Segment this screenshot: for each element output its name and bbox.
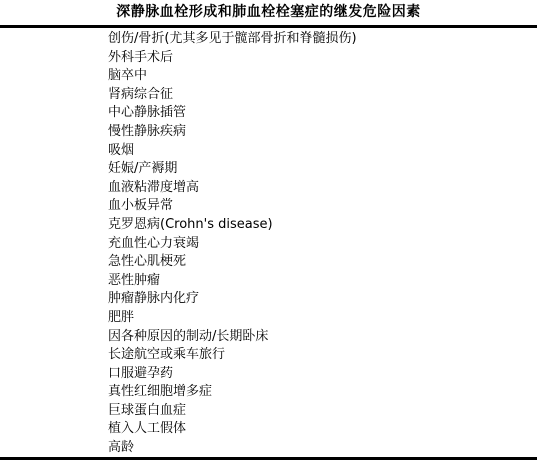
table-row: 充血性心力衰竭 — [0, 235, 537, 254]
table-row: 植入人工假体 — [0, 420, 537, 439]
table-row: 急性心肌梗死 — [0, 253, 537, 272]
table-row: 巨球蛋白血症 — [0, 402, 537, 421]
risk-factor-table: 深静脉血栓形成和肺血栓栓塞症的继发危险因素 创伤/骨折(尤其多见于髋部骨折和脊髓… — [0, 0, 537, 462]
table-row: 血小板异常 — [0, 197, 537, 216]
table-row: 克罗恩病(Crohn's disease) — [0, 216, 537, 235]
table-row: 创伤/骨折(尤其多见于髋部骨折和脊髓损伤) — [0, 30, 537, 49]
table-row: 脑卒中 — [0, 67, 537, 86]
table-row: 恶性肿瘤 — [0, 272, 537, 291]
table-body: 创伤/骨折(尤其多见于髋部骨折和脊髓损伤)外科手术后脑卒中肾病综合征中心静脉插管… — [0, 28, 537, 457]
table-row: 血液粘滞度增高 — [0, 179, 537, 198]
table-row: 肿瘤静脉内化疗 — [0, 290, 537, 309]
table-row: 中心静脉插管 — [0, 104, 537, 123]
table-row: 肥胖 — [0, 309, 537, 328]
table-row: 因各种原因的制动/长期卧床 — [0, 328, 537, 347]
table-row: 吸烟 — [0, 142, 537, 161]
table-row: 真性红细胞增多症 — [0, 383, 537, 402]
table-row: 长途航空或乘车旅行 — [0, 346, 537, 365]
bottom-rule — [0, 457, 537, 460]
table-row: 肾病综合征 — [0, 86, 537, 105]
table-row: 口服避孕药 — [0, 365, 537, 384]
table-row: 慢性静脉疾病 — [0, 123, 537, 142]
table-title: 深静脉血栓形成和肺血栓栓塞症的继发危险因素 — [0, 0, 537, 25]
table-row: 外科手术后 — [0, 49, 537, 68]
table-row: 高龄 — [0, 439, 537, 458]
table-row: 妊娠/产褥期 — [0, 160, 537, 179]
